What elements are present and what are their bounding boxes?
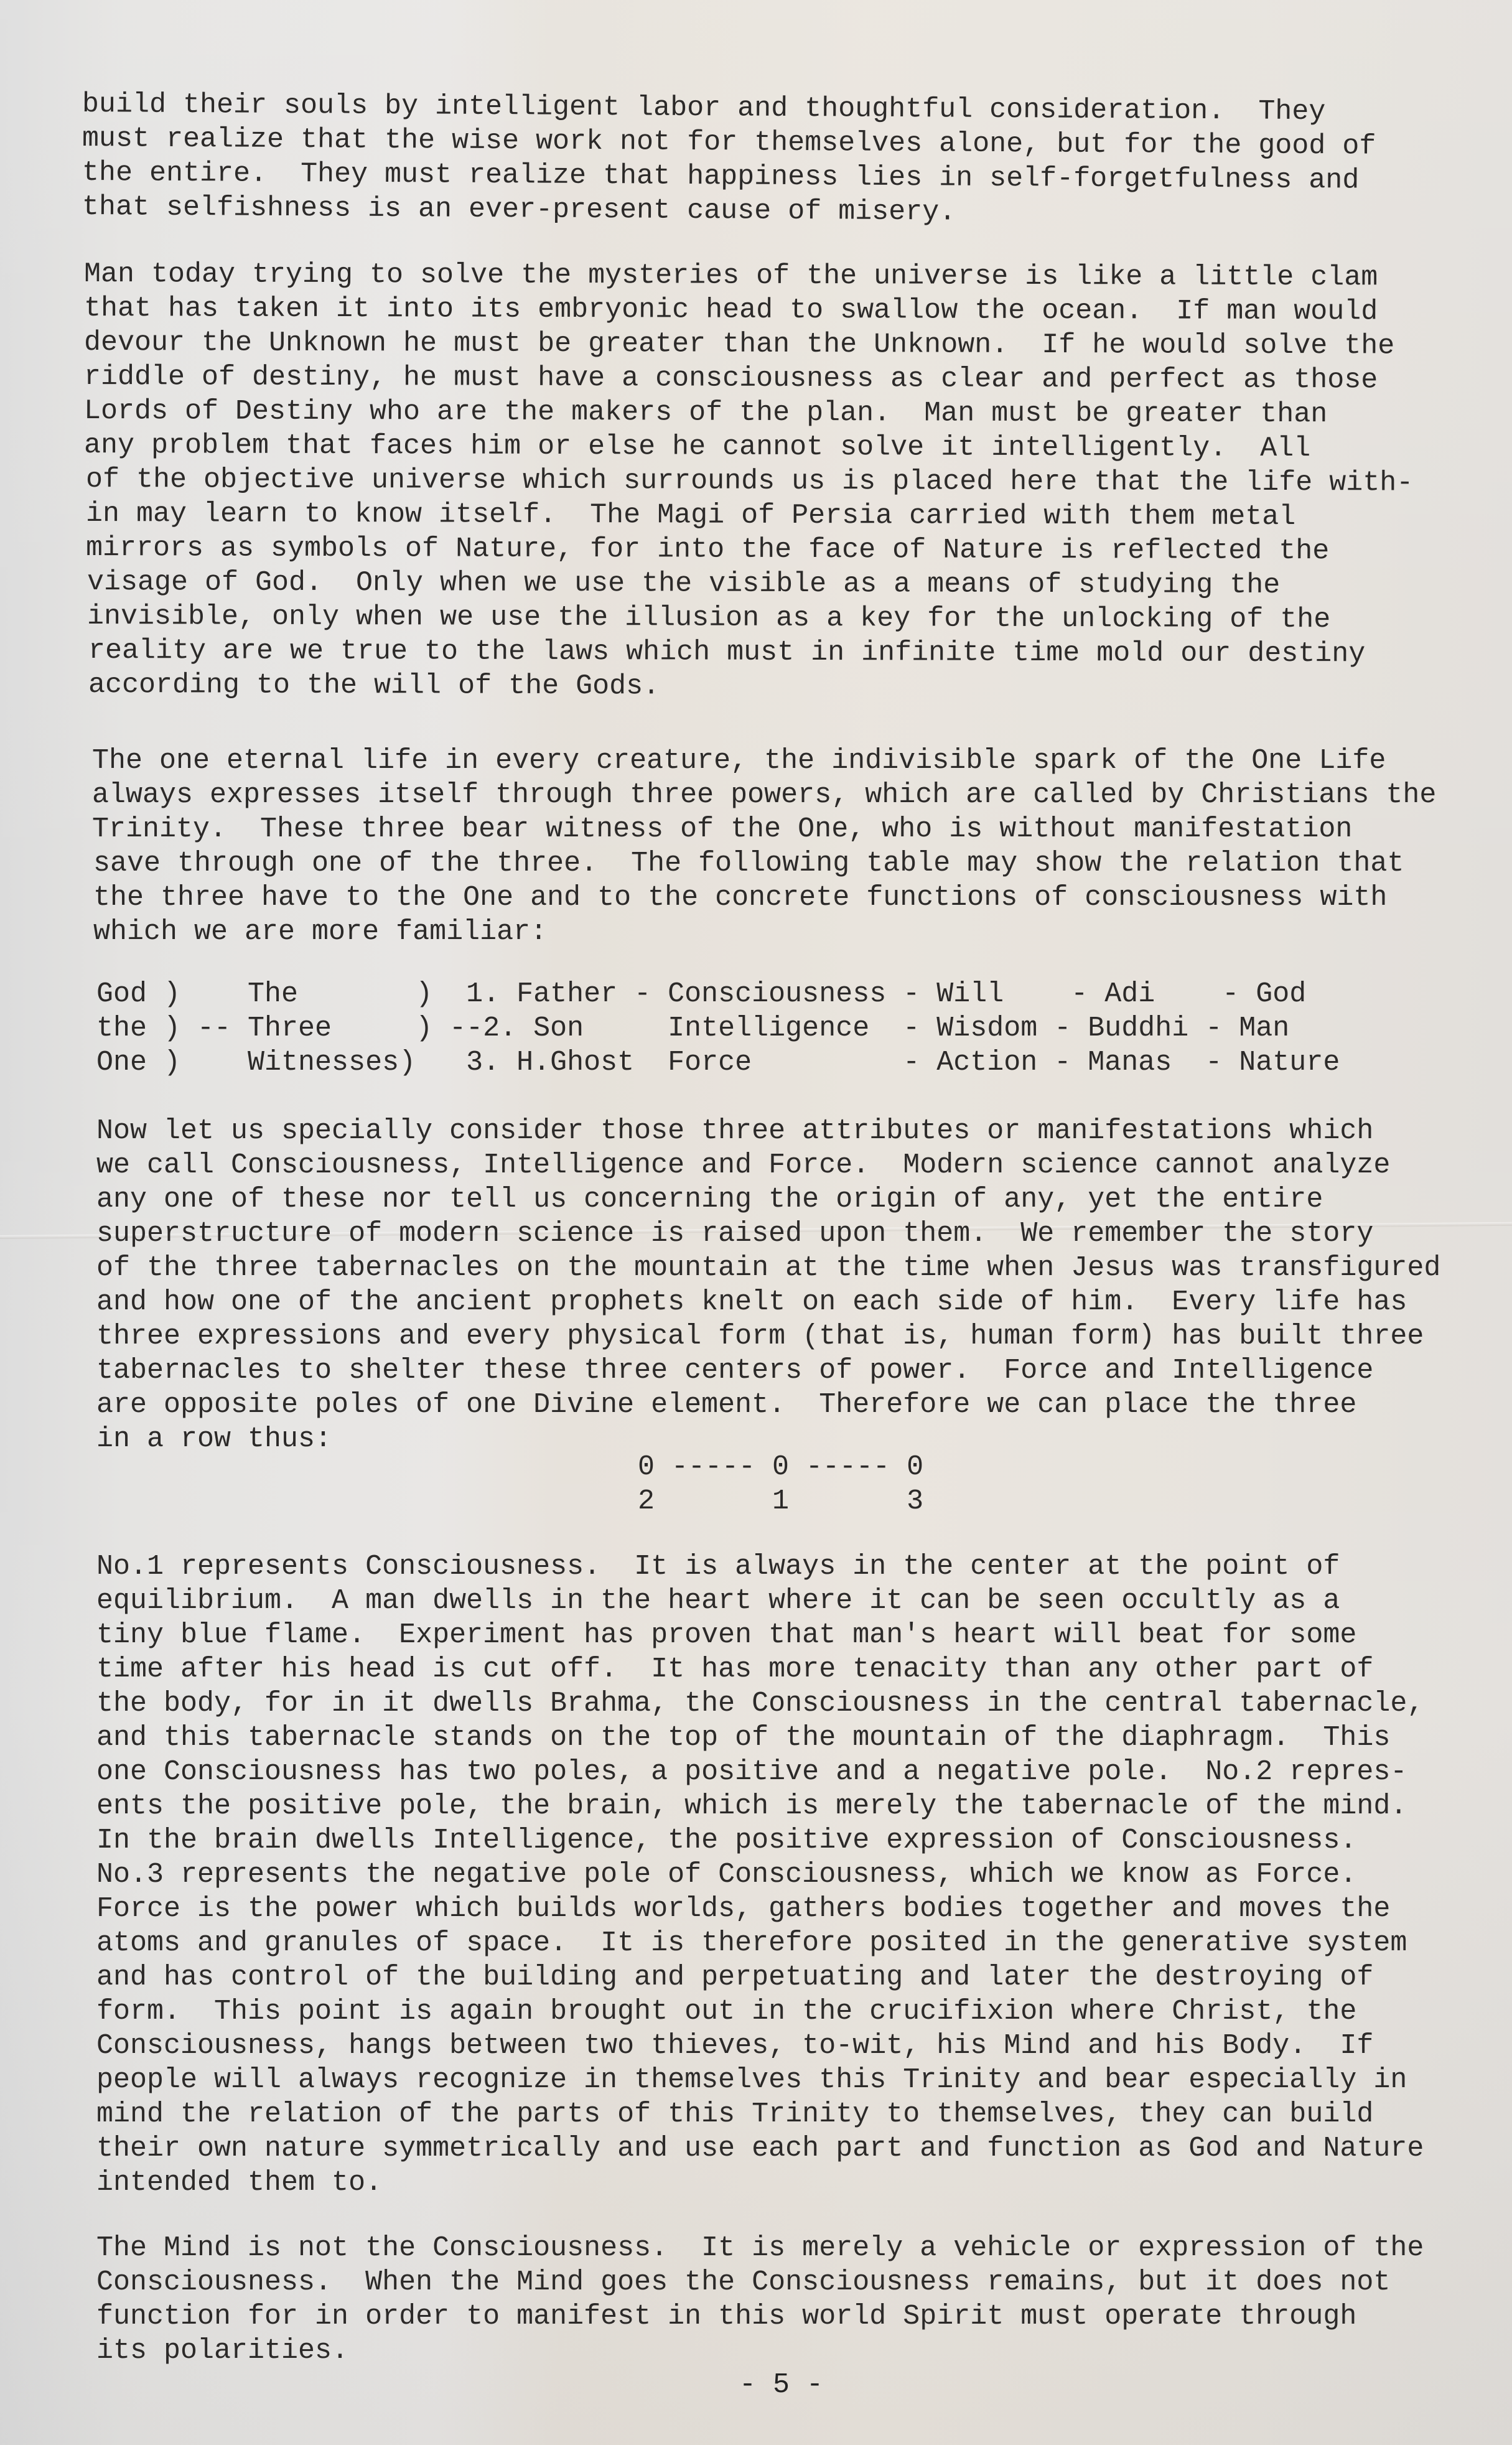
text-line: save through one of the three. The follo…	[93, 846, 1404, 881]
text-line: No.3 represents the negative pole of Con…	[96, 1858, 1356, 1892]
text-line: any one of these nor tell us concerning …	[96, 1182, 1323, 1217]
text-line: and this tabernacle stands on the top of…	[96, 1721, 1390, 1755]
text-line: and how one of the ancient prophets knel…	[96, 1285, 1407, 1319]
text-line: their own nature symmetrically and use e…	[96, 2131, 1424, 2166]
text-line: its polarities.	[96, 2334, 348, 2368]
text-line: always expresses itself through three po…	[92, 778, 1436, 812]
text-line: tabernacles to shelter these three cente…	[96, 1353, 1373, 1388]
text-line: No.1 represents Consciousness. It is alw…	[96, 1550, 1340, 1584]
table-row: One ) Witnesses) 3. H.Ghost Force - Acti…	[96, 1045, 1340, 1080]
page-number: - 5 -	[739, 2368, 823, 2402]
text-line: three expressions and every physical for…	[96, 1319, 1424, 1353]
text-line: which we are more familiar:	[93, 915, 547, 949]
text-line: function for in order to manifest in thi…	[96, 2299, 1356, 2334]
text-line: mind the relation of the parts of this T…	[96, 2097, 1373, 2131]
text-line: of the three tabernacles on the mountain…	[96, 1251, 1440, 1285]
table-row: God ) The ) 1. Father - Consciousness - …	[96, 977, 1306, 1011]
text-line: of the objective universe which surround…	[86, 462, 1413, 500]
text-line: are opposite poles of one Divine element…	[96, 1388, 1356, 1422]
text-line: riddle of destiny, he must have a consci…	[84, 360, 1378, 397]
text-line: according to the will of the Gods.	[88, 668, 660, 703]
text-line: visage of God. Only when we use the visi…	[87, 565, 1280, 602]
text-line: time after his head is cut off. It has m…	[96, 1652, 1373, 1686]
text-line: people will always recognize in themselv…	[96, 2063, 1407, 2097]
text-line: Man today trying to solve the mysteries …	[84, 257, 1378, 294]
text-line: In the brain dwells Intelligence, the po…	[96, 1823, 1356, 1858]
text-line: Consciousness. When the Mind goes the Co…	[96, 2265, 1390, 2299]
text-line: intended them to.	[96, 2166, 382, 2200]
text-line: in may learn to know itself. The Magi of…	[86, 497, 1295, 534]
typewritten-page: build their souls by intelligent labor a…	[0, 0, 1512, 2445]
text-line: we call Consciousness, Intelligence and …	[96, 1148, 1390, 1182]
text-line: one Consciousness has two poles, a posit…	[96, 1755, 1407, 1789]
text-line: The one eternal life in every creature, …	[92, 744, 1386, 778]
text-line: atoms and granules of space. It is there…	[96, 1926, 1407, 1960]
diagram-poles-row: 0 ----- 0 ----- 0	[638, 1450, 923, 1484]
text-line: the body, for in it dwells Brahma, the C…	[96, 1686, 1424, 1721]
text-line: devour the Unknown he must be greater th…	[84, 325, 1394, 363]
text-line: reality are we true to the laws which mu…	[88, 633, 1365, 671]
diagram-labels-row: 2 1 3	[638, 1484, 923, 1518]
text-line: superstructure of modern science is rais…	[96, 1217, 1373, 1251]
text-line: the three have to the One and to the con…	[93, 881, 1387, 915]
text-line: tiny blue flame. Experiment has proven t…	[96, 1618, 1356, 1652]
text-line: The Mind is not the Consciousness. It is…	[96, 2231, 1424, 2265]
text-line: Trinity. These three bear witness of the…	[92, 812, 1352, 846]
table-row: the ) -- Three ) --2. Son Intelligence -…	[96, 1011, 1289, 1045]
text-line: mirrors as symbols of Nature, for into t…	[86, 531, 1329, 568]
text-line: form. This point is again brought out in…	[96, 1994, 1356, 2029]
text-line: Force is the power which builds worlds, …	[96, 1892, 1390, 1926]
text-line: ents the positive pole, the brain, which…	[96, 1789, 1407, 1823]
text-line: and has control of the building and perp…	[96, 1960, 1373, 1994]
text-line: that has taken it into its embryonic hea…	[84, 291, 1378, 329]
text-line: in a row thus:	[96, 1422, 332, 1456]
text-line: that selfishness is an ever-present caus…	[82, 190, 956, 230]
text-line: Consciousness, hangs between two thieves…	[96, 2029, 1373, 2063]
text-line: Now let us specially consider those thre…	[96, 1114, 1373, 1148]
text-line: invisible, only when we use the illusion…	[87, 599, 1330, 637]
text-line: any problem that faces him or else he ca…	[84, 428, 1310, 465]
text-line: Lords of Destiny who are the makers of t…	[84, 394, 1327, 431]
text-line: equilibrium. A man dwells in the heart w…	[96, 1584, 1340, 1618]
